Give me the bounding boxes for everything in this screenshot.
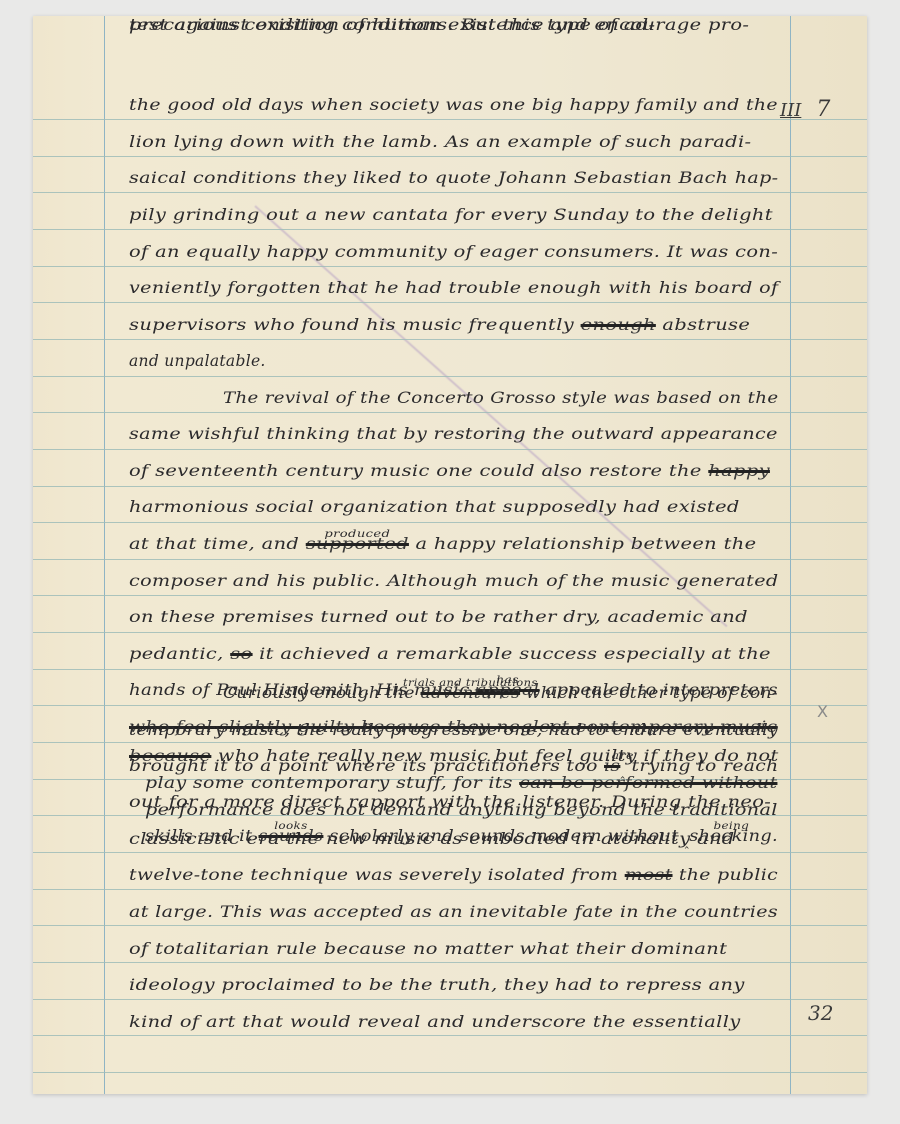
ruled-line — [33, 302, 867, 303]
manuscript-line: out for a more direct rapport with the l… — [129, 793, 771, 811]
ruled-line — [33, 999, 867, 1000]
ruled-line — [33, 669, 867, 670]
page-number: 32 — [808, 1001, 833, 1025]
text-segment: Curiously enough the — [223, 684, 420, 702]
text-segment: harmonious social organization that supp… — [129, 498, 740, 516]
manuscript-line: composer and his public. Although much o… — [129, 572, 779, 590]
struck-through-text: most — [625, 866, 673, 884]
manuscript-line: at large. This was accepted as an inevit… — [129, 903, 778, 921]
text-segment: which the other type of con- — [520, 684, 778, 702]
struck-through-text: can be performed without — [519, 774, 777, 792]
ruled-line — [33, 522, 867, 523]
text-segment: saical conditions they liked to quote Jo… — [129, 169, 778, 187]
manuscript-line: twelve-tone technique was severely isola… — [129, 866, 778, 884]
manuscript-line: lion lying down with the lamb. As an exa… — [129, 133, 751, 151]
text-segment: brought it to a point where its practiti… — [129, 757, 604, 775]
text-segment: test against existing conditions. But th… — [129, 16, 655, 34]
ruled-line — [33, 632, 867, 633]
ruled-line — [33, 852, 867, 853]
manuscript-line: saical conditions they liked to quote Jo… — [129, 169, 778, 187]
manuscript-line: harmonious social organization that supp… — [129, 498, 740, 516]
ruled-line — [33, 925, 867, 926]
manuscript-line: brought it to a point where its practiti… — [129, 757, 779, 775]
text-segment: at that time, and — [129, 535, 306, 553]
manuscript-line: ideology proclaimed to be the truth, the… — [129, 976, 745, 994]
ruled-line — [33, 376, 867, 377]
text-segment: of an equally happy community of eager c… — [129, 243, 778, 261]
ruled-line — [33, 486, 867, 487]
manuscript-line: veniently forgotten that he had trouble … — [129, 279, 778, 297]
manuscript-line: same wishful thinking that by restoring … — [129, 425, 778, 443]
text-segment: twelve-tone technique was severely isola… — [129, 866, 625, 884]
ruled-line — [33, 962, 867, 963]
left-margin-line — [104, 16, 105, 1094]
text-segment: of totalitarian rule because no matter w… — [129, 940, 727, 958]
manuscript-line: test against existing conditions. But th… — [129, 16, 655, 34]
text-segment: the good old days when society was one b… — [129, 96, 778, 114]
manuscript-line: temporary music, the really progressive … — [129, 721, 778, 739]
struck-through-text: happy — [708, 462, 770, 480]
manuscript-line: pily grinding out a new cantata for ever… — [129, 206, 773, 224]
ruled-line — [33, 559, 867, 560]
manuscript-line: and unpalatable. — [129, 352, 266, 370]
text-segment: same wishful thinking that by restoring … — [129, 425, 778, 443]
ruled-line — [33, 412, 867, 413]
ruled-line — [33, 595, 867, 596]
section-page-number: 7 — [816, 97, 830, 122]
inserted-word: trials and tribulations — [403, 677, 538, 689]
interlinear-insertion: are‸ — [620, 757, 625, 775]
text-segment: pily grinding out a new cantata for ever… — [129, 206, 773, 224]
ruled-line — [33, 1035, 867, 1036]
ruled-line — [33, 156, 867, 157]
text-segment: lion lying down with the lamb. As an exa… — [129, 133, 751, 151]
ruled-line — [33, 119, 867, 120]
manuscript-line: play some contemporary stuff, for its ca… — [145, 774, 777, 792]
inserted-word: produced — [324, 528, 390, 540]
manuscript-line: Curiously enough the trials and tribulat… — [223, 684, 778, 702]
purple-pencil-stroke — [254, 205, 727, 627]
ruled-line — [33, 229, 867, 230]
ruled-line — [33, 889, 867, 890]
right-margin-line — [790, 16, 791, 1094]
struck-through-text: so — [230, 645, 252, 663]
ruled-line — [33, 1072, 867, 1073]
text-segment: a happy relationship between the — [409, 535, 757, 553]
manuscript-line: kind of art that would reveal and unders… — [129, 1013, 741, 1031]
text-segment: and unpalatable. — [129, 352, 266, 370]
ruled-line — [33, 449, 867, 450]
text-segment: out for a more direct rapport with the l… — [129, 793, 771, 811]
ruled-line — [33, 339, 867, 340]
section-mark: III 7 — [780, 97, 830, 122]
manuscript-line: of totalitarian rule because no matter w… — [129, 940, 727, 958]
text-segment: The revival of the Concerto Grosso style… — [223, 389, 778, 407]
interlinear-insertion: producedsupported — [306, 535, 409, 553]
manuscript-line: at that time, and producedsupported a ha… — [129, 535, 756, 553]
text-segment: on these premises turned out to be rathe… — [129, 608, 748, 626]
manuscript-line: on these premises turned out to be rathe… — [129, 608, 748, 626]
text-segment: pedantic, — [129, 645, 230, 663]
margin-x-mark: X — [817, 702, 828, 721]
ruled-line — [33, 705, 867, 706]
text-segment: the public — [673, 866, 779, 884]
text-segment: abstruse — [656, 316, 750, 334]
manuscript-line: pedantic, so it achieved a remarkable su… — [129, 645, 771, 663]
text-segment: kind of art that would reveal and unders… — [129, 1013, 741, 1031]
text-segment: supervisors who found his music frequent… — [129, 316, 581, 334]
manuscript-line: of an equally happy community of eager c… — [129, 243, 778, 261]
text-segment: play some contemporary stuff, for its — [145, 774, 519, 792]
manuscript-line: classicistic era the new music as embodi… — [129, 830, 735, 848]
text-segment: ideology proclaimed to be the truth, the… — [129, 976, 745, 994]
text-segment: at large. This was accepted as an inevit… — [129, 903, 778, 921]
manuscript-line: The revival of the Concerto Grosso style… — [223, 389, 778, 407]
text-segment: trying to reach — [625, 757, 778, 775]
inserted-word: are — [612, 750, 634, 762]
interlinear-insertion: trials and tribulationsadventures — [420, 684, 520, 702]
manuscript-line: supervisors who found his music frequent… — [129, 316, 750, 334]
manuscript-line: the good old days when society was one b… — [129, 96, 778, 114]
ruled-paper-page: the good old days when society was one b… — [33, 16, 867, 1094]
ruled-line — [33, 266, 867, 267]
text-segment: composer and his public. Although much o… — [129, 572, 779, 590]
text-segment: temporary music, the really progressive … — [129, 721, 778, 739]
text-segment: veniently forgotten that he had trouble … — [129, 279, 778, 297]
text-segment: classicistic era the new music as embodi… — [129, 830, 735, 848]
ruled-line — [33, 742, 867, 743]
text-segment: it achieved a remarkable success especia… — [253, 645, 771, 663]
text-segment: of seventeenth century music one could a… — [129, 462, 708, 480]
struck-through-text: enough — [581, 316, 656, 334]
manuscript-line: of seventeenth century music one could a… — [129, 462, 770, 480]
section-roman-numeral: III — [780, 100, 801, 121]
ruled-line — [33, 192, 867, 193]
